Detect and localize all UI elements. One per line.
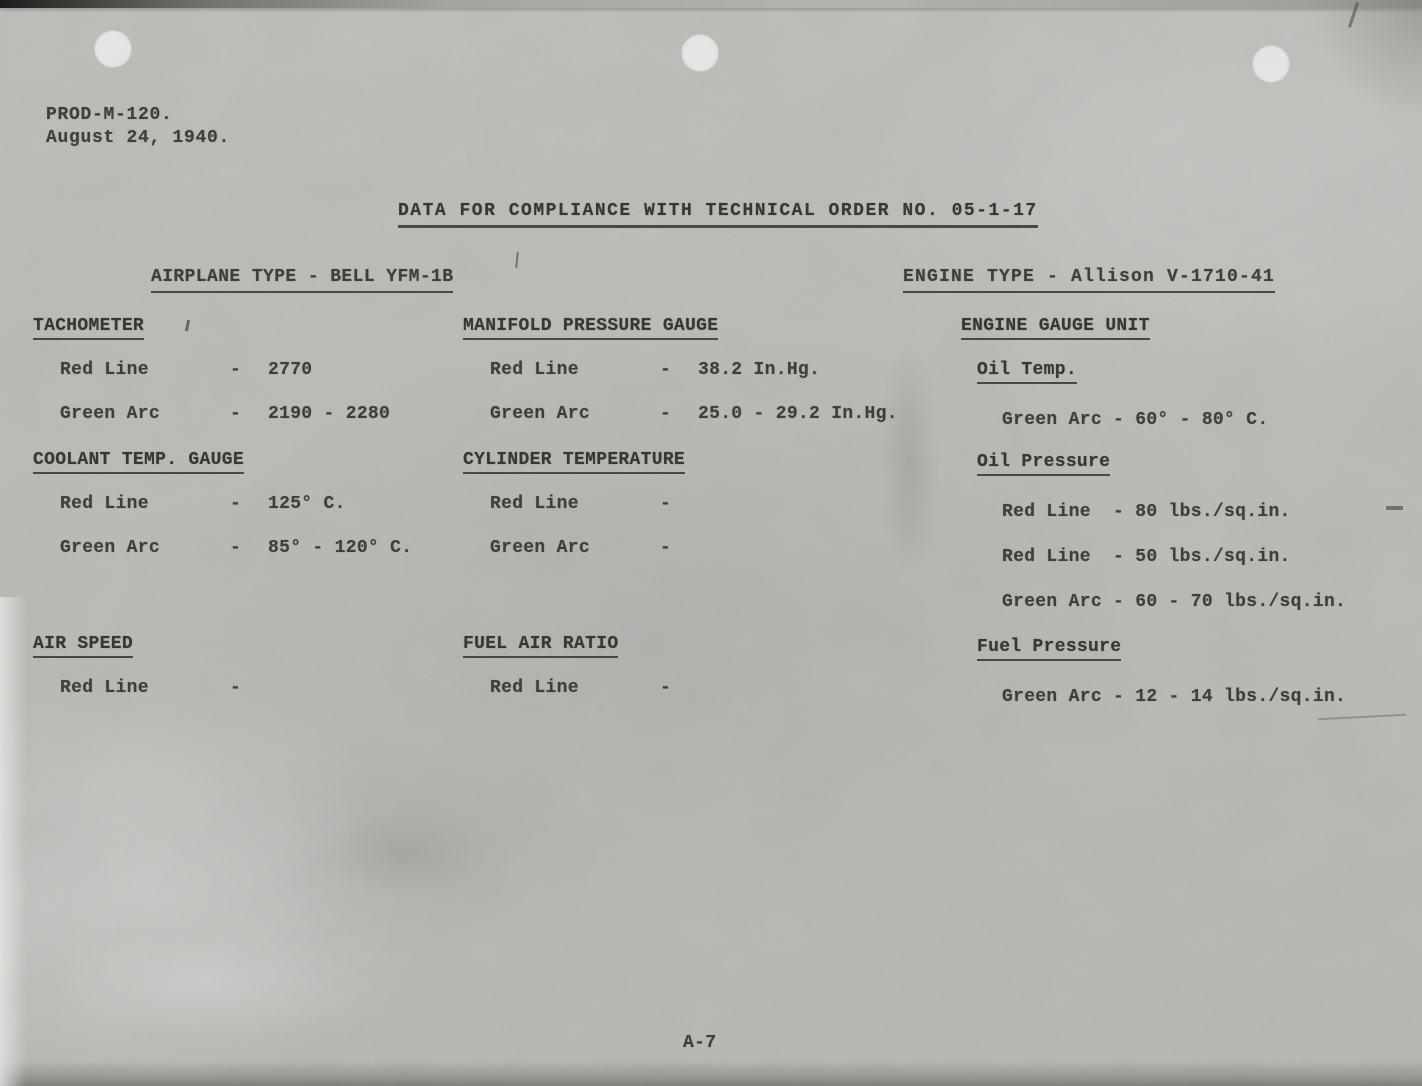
spec-dash: - [230,494,268,517]
spec-label: Green Arc [60,404,230,427]
spec-row: Green Arc-85° - 120° C. [60,538,412,561]
spec-label: Green Arc [60,538,230,561]
section-manifold-pressure-gauge: MANIFOLD PRESSURE GAUGE Red Line-38.2 In… [463,316,898,448]
spec-dash: - [230,360,268,383]
document-page: PROD-M-120. August 24, 1940. DATA FOR CO… [0,0,1422,1086]
spec-label: Red Line [60,494,230,517]
spec-dash: - [660,404,698,427]
spec-value: 25.0 - 29.2 In.Hg. [698,404,898,427]
spec-row: Red Line-2770 [60,360,390,383]
airplane-type-heading: AIRPLANE TYPE - BELL YFM-1B [151,266,453,293]
punch-hole [94,30,132,68]
section-heading: ENGINE GAUGE UNIT [961,316,1150,340]
punch-hole [681,34,719,72]
airplane-type-wrap: AIRPLANE TYPE - BELL YFM-1B [151,266,453,293]
scan-edge-top [0,0,1422,8]
engine-type-wrap: ENGINE TYPE - Allison V-1710-41 [903,266,1275,293]
doc-title: DATA FOR COMPLIANCE WITH TECHNICAL ORDER… [398,200,1038,228]
spec-row: Red Line-125° C. [60,494,412,517]
spec-dash: - [660,678,698,701]
section-engine-gauge-unit-heading: ENGINE GAUGE UNIT [961,316,1150,366]
stray-mark [515,252,519,268]
spec-label: Red Line [490,678,660,701]
section-heading: MANIFOLD PRESSURE GAUGE [463,316,718,340]
subsection-heading: Oil Temp. [977,360,1077,384]
scan-smudge-top-right [1312,0,1422,120]
engine-type-heading: ENGINE TYPE - Allison V-1710-41 [903,266,1275,293]
punch-hole [1252,45,1290,83]
spec-row: Red Line - 50 lbs./sq.in. [1002,547,1346,570]
spec-dash: - [230,678,268,701]
spec-row: Red Line- [60,678,268,701]
section-heading: FUEL AIR RATIO [463,634,618,658]
section-heading: COOLANT TEMP. GAUGE [33,450,244,474]
spec-row: Red Line- [490,678,698,701]
section-fuel-pressure: Fuel Pressure Green Arc - 12 - 14 lbs./s… [977,637,1346,732]
scan-edge-left [0,597,26,1086]
section-air-speed: AIR SPEED Red Line- [33,634,268,722]
spec-row: Green Arc - 60 - 70 lbs./sq.in. [1002,592,1346,615]
subsection-heading: Fuel Pressure [977,637,1121,661]
spec-label: Green Arc [490,538,660,561]
subsection-heading: Oil Pressure [977,452,1110,476]
section-tachometer: TACHOMETER Red Line-2770 Green Arc-2190 … [33,316,390,448]
section-coolant-temp-gauge: COOLANT TEMP. GAUGE Red Line-125° C. Gre… [33,450,412,582]
spec-dash: - [230,538,268,561]
spec-dash: - [660,360,698,383]
spec-value: 125° C. [268,494,346,517]
spec-dash: - [660,538,698,561]
spec-row: Red Line - 80 lbs./sq.in. [1002,502,1346,525]
spec-row: Red Line-38.2 In.Hg. [490,360,898,383]
spec-dash: - [230,404,268,427]
spec-label: Red Line [490,494,660,517]
paper-blotch [310,810,490,900]
spec-dash: - [660,494,698,517]
spec-value: 2190 - 2280 [268,404,390,427]
spec-label: Red Line [490,360,660,383]
spec-label: Red Line [60,678,230,701]
spec-row: Green Arc- [490,538,698,561]
spec-row: Green Arc - 60° - 80° C. [1002,410,1268,433]
page-number: A-7 [683,1032,716,1055]
section-heading: AIR SPEED [33,634,133,658]
scan-edge-bottom [0,1060,1422,1086]
doc-title-wrap: DATA FOR COMPLIANCE WITH TECHNICAL ORDER… [398,200,1038,228]
section-heading: CYLINDER TEMPERATURE [463,450,685,474]
spec-row: Red Line- [490,494,698,517]
spec-label: Green Arc [490,404,660,427]
spec-row: Green Arc-2190 - 2280 [60,404,390,427]
section-oil-pressure: Oil Pressure Red Line - 80 lbs./sq.in. R… [977,452,1346,637]
spec-value: 2770 [268,360,312,383]
spec-value: 38.2 In.Hg. [698,360,820,383]
spec-row: Green Arc - 12 - 14 lbs./sq.in. [1002,687,1346,710]
section-fuel-air-ratio: FUEL AIR RATIO Red Line- [463,634,698,722]
spec-row: Green Arc-25.0 - 29.2 In.Hg. [490,404,898,427]
section-cylinder-temperature: CYLINDER TEMPERATURE Red Line- Green Arc… [463,450,698,582]
doc-number: PROD-M-120. [46,104,173,127]
doc-date: August 24, 1940. [46,127,230,150]
section-oil-temp: Oil Temp. Green Arc - 60° - 80° C. [977,360,1268,455]
stray-mark [1386,506,1403,510]
paper-blotch [50,930,370,1040]
spec-label: Red Line [60,360,230,383]
spec-value: 85° - 120° C. [268,538,412,561]
section-heading: TACHOMETER [33,316,144,340]
